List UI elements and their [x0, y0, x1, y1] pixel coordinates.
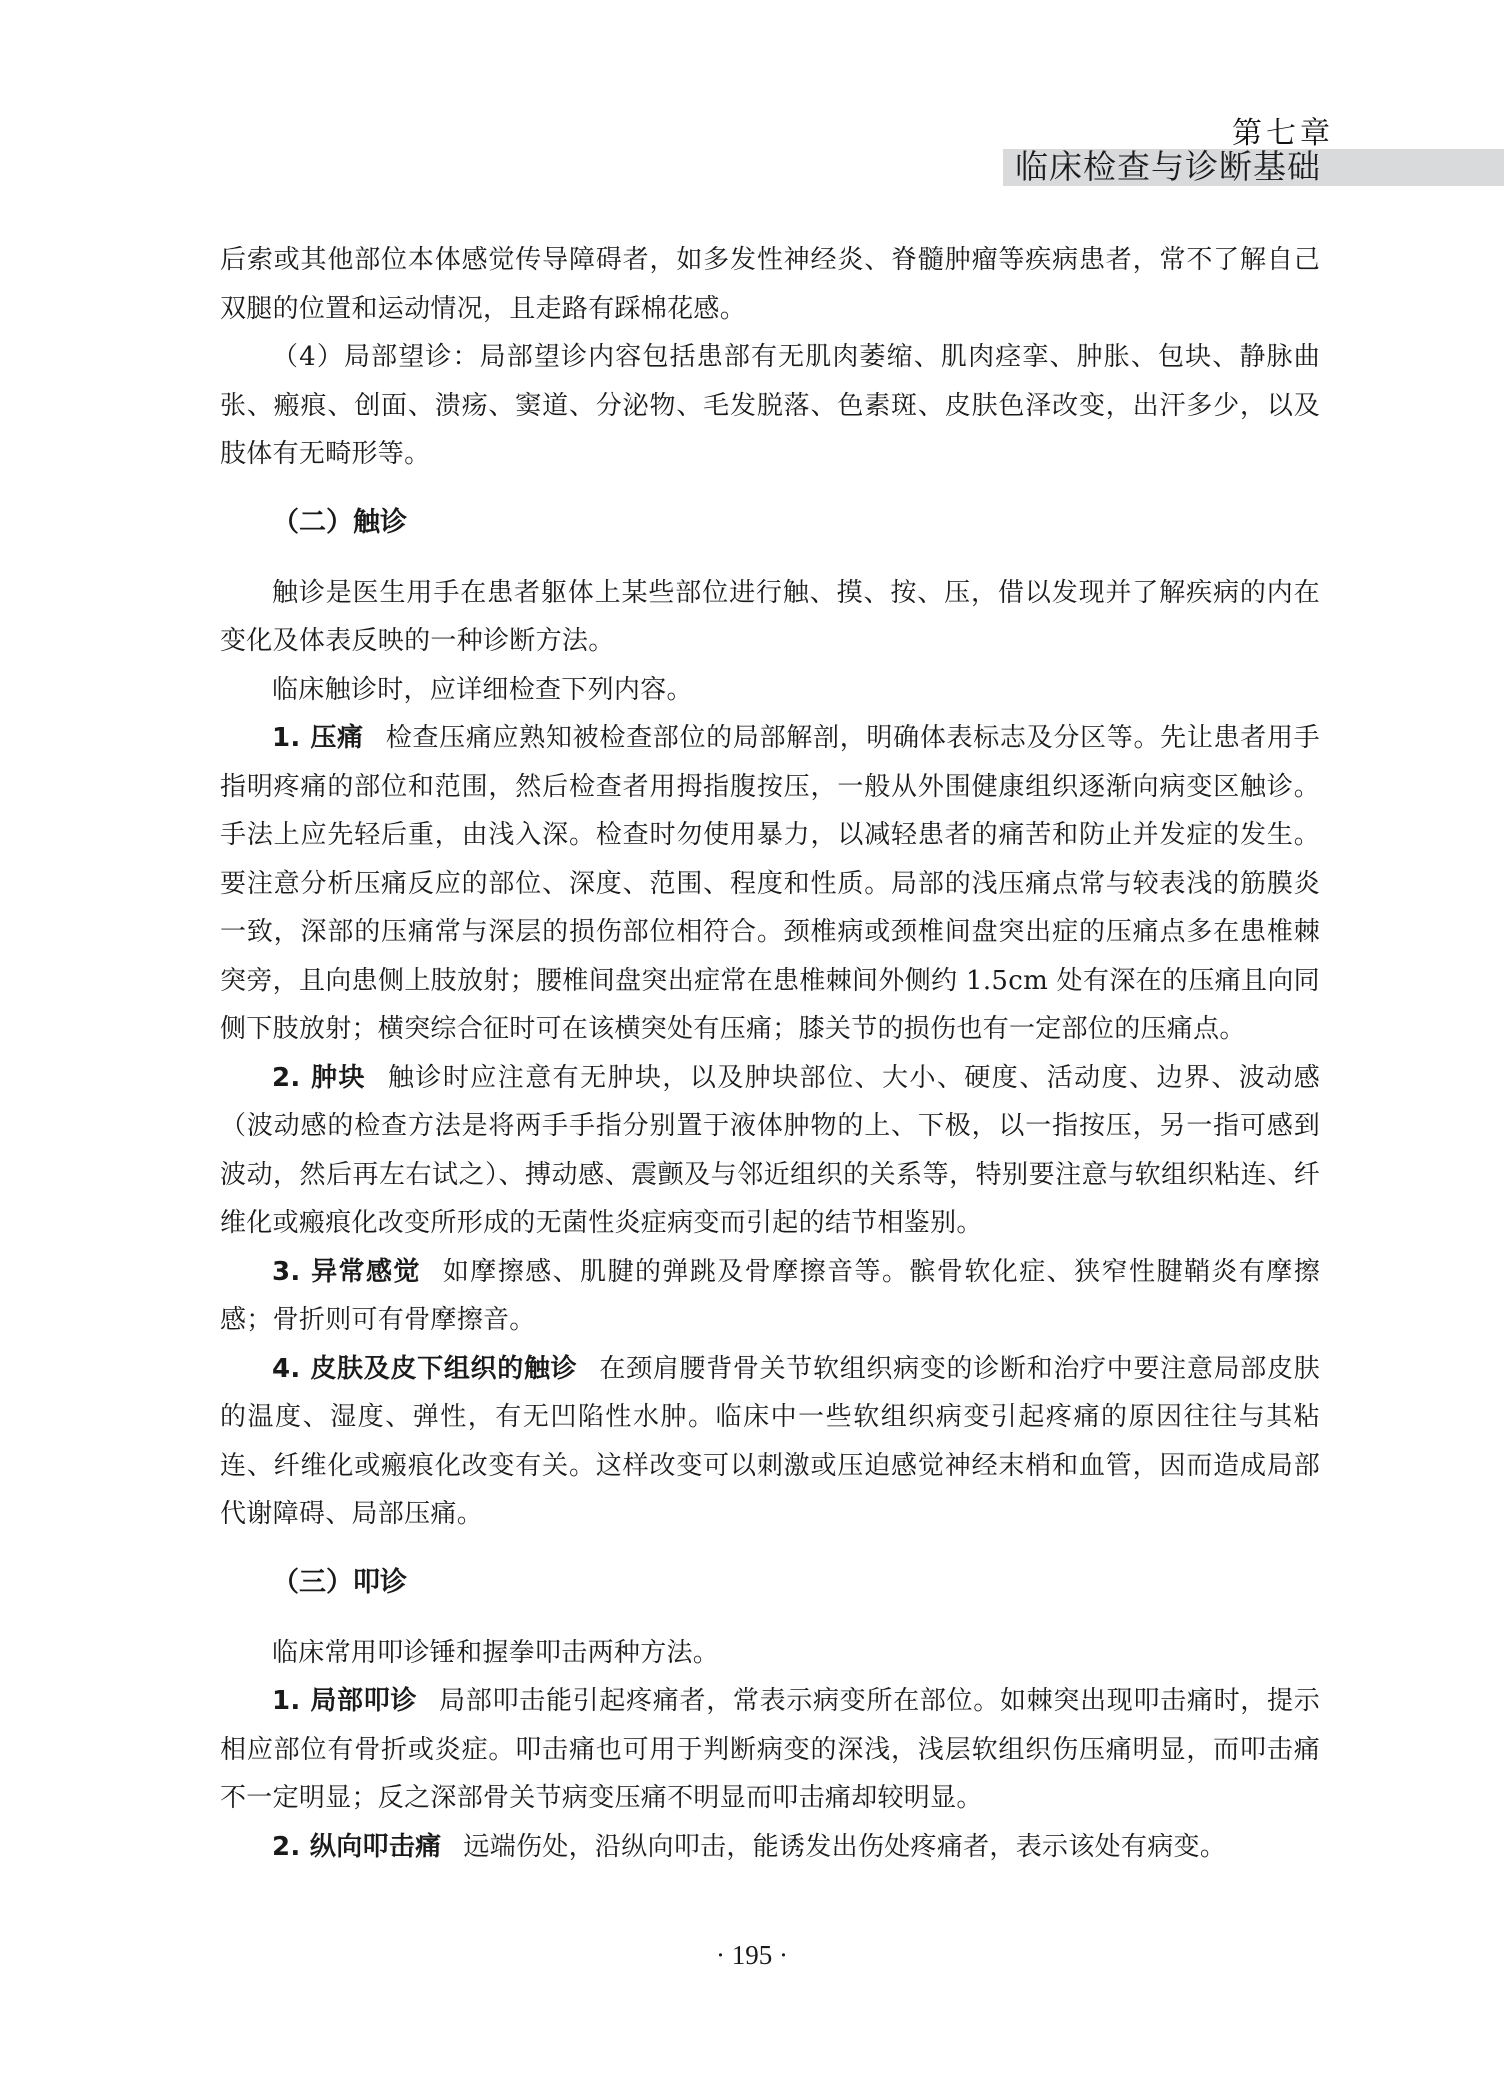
paragraph-palpation-intro: 触诊是医生用手在患者躯体上某些部位进行触、摸、按、压，借以发现并了解疾病的内在变…	[220, 569, 1320, 666]
paragraph-percussion-intro: 临床常用叩诊锤和握拳叩击两种方法。	[220, 1629, 1320, 1678]
page-number: · 195 ·	[0, 1940, 1504, 1971]
section-heading-percussion: （三）叩诊	[220, 1559, 1320, 1607]
palpation-item-skin: 4. 皮肤及皮下组织的触诊在颈肩腰背骨关节软组织病变的诊断和治疗中要注意局部皮肤…	[220, 1345, 1320, 1539]
item-text: 触诊时应注意有无肿块，以及肿块部位、大小、硬度、活动度、边界、波动感（波动感的检…	[220, 1063, 1320, 1239]
item-text: 远端伤处，沿纵向叩击，能诱发出伤处疼痛者，表示该处有病变。	[463, 1832, 1226, 1862]
chapter-label: 第七章	[1232, 108, 1334, 152]
palpation-item-abnormal-sensation: 3. 异常感觉如摩擦感、肌腱的弹跳及骨摩擦音等。髌骨软化症、狭窄性腱鞘炎有摩擦感…	[220, 1248, 1320, 1345]
percussion-item-local: 1. 局部叩诊局部叩击能引起疼痛者，常表示病变所在部位。如棘突出现叩击痛时，提示…	[220, 1677, 1320, 1823]
item-title: 1. 局部叩诊	[272, 1686, 417, 1716]
paragraph-palpation-lead: 临床触诊时，应详细检查下列内容。	[220, 666, 1320, 715]
palpation-item-mass: 2. 肿块触诊时应注意有无肿块，以及肿块部位、大小、硬度、活动度、边界、波动感（…	[220, 1054, 1320, 1248]
section-heading-palpation: （二）触诊	[220, 499, 1320, 547]
item-title: 2. 纵向叩击痛	[272, 1832, 441, 1862]
item-title: 2. 肿块	[272, 1063, 366, 1093]
item-title: 3. 异常感觉	[272, 1257, 421, 1287]
chapter-title: 临床检查与诊断基础	[1015, 148, 1321, 186]
paragraph-local-inspection: （4）局部望诊：局部望诊内容包括患部有无肌肉萎缩、肌肉痉挛、肿胀、包块、静脉曲张…	[220, 333, 1320, 479]
item-title: 1. 压痛	[272, 723, 364, 753]
page-body: 后索或其他部位本体感觉传导障碍者，如多发性神经炎、脊髓肿瘤等疾病患者，常不了解自…	[220, 236, 1320, 1871]
palpation-item-tenderness: 1. 压痛检查压痛应熟知被检查部位的局部解剖，明确体表标志及分区等。先让患者用手…	[220, 714, 1320, 1054]
item-title: 4. 皮肤及皮下组织的触诊	[272, 1354, 577, 1384]
item-text: 检查压痛应熟知被检查部位的局部解剖，明确体表标志及分区等。先让患者用手指明疼痛的…	[220, 723, 1320, 1044]
percussion-item-longitudinal: 2. 纵向叩击痛远端伤处，沿纵向叩击，能诱发出伤处疼痛者，表示该处有病变。	[220, 1823, 1320, 1872]
paragraph-continuation: 后索或其他部位本体感觉传导障碍者，如多发性神经炎、脊髓肿瘤等疾病患者，常不了解自…	[220, 236, 1320, 333]
